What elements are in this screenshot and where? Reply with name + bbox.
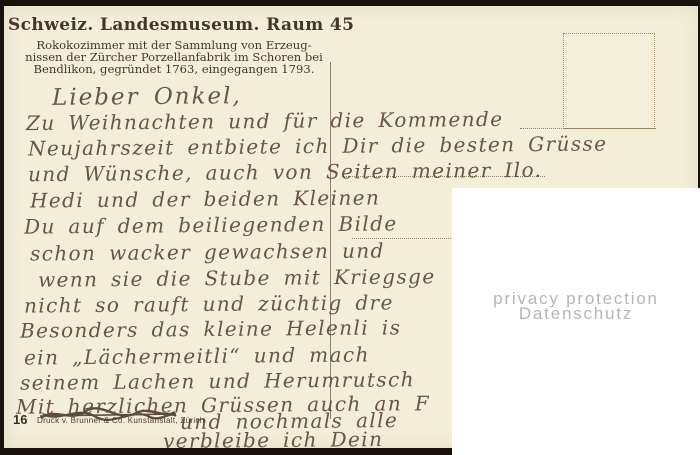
printed-header: Schweiz. Landesmuseum. Raum 45 Rokokozim… xyxy=(8,15,340,75)
handwriting-line: Du auf dem beiliegenden Bilde xyxy=(24,211,398,238)
privacy-protection-overlay: privacy protection Datenschutz xyxy=(452,188,700,455)
handwriting-line: verbleibe ich Dein xyxy=(163,427,384,453)
datenschutz-label: Datenschutz xyxy=(519,306,633,321)
handwriting-line: schon wacker gewachsen und xyxy=(30,238,385,265)
postcard-scan: Schweiz. Landesmuseum. Raum 45 Rokokozim… xyxy=(0,0,700,455)
handwriting-line: Besonders das kleine Helenli is xyxy=(20,315,402,342)
address-dotted-line xyxy=(520,128,656,129)
handwriting-line: ein „Lächermeitli“ und mach xyxy=(24,342,370,369)
handwriting-line: wenn sie die Stube mit Kriegsge xyxy=(38,264,436,291)
handwriting-line: Zu Weihnachten und für die Kommende xyxy=(26,107,504,135)
card-number: 16 xyxy=(13,412,27,427)
museum-title: Schweiz. Landesmuseum. Raum 45 xyxy=(8,15,340,35)
handwriting-line: Neujahrszeit entbiete ich Dir die besten… xyxy=(28,131,608,160)
handwriting-line: nicht so rauft und züchtig dre xyxy=(24,290,394,317)
handwriting-line: Hedi und der beiden Kleinen xyxy=(30,185,380,212)
printer-imprint: Druck v. Brunner & Co. Kunstanstalt, Zür… xyxy=(37,416,204,425)
caption-line-3: Bendlikon, gegründet 1763, eingegangen 1… xyxy=(8,63,340,75)
handwriting-line: und Wünsche, auch von Seiten meiner Ilo. xyxy=(28,158,543,186)
handwriting-line: Lieber Onkel, xyxy=(52,83,242,111)
handwriting-line: seinem Lachen und Herumrutsch xyxy=(20,367,415,394)
stamp-box xyxy=(563,33,655,129)
